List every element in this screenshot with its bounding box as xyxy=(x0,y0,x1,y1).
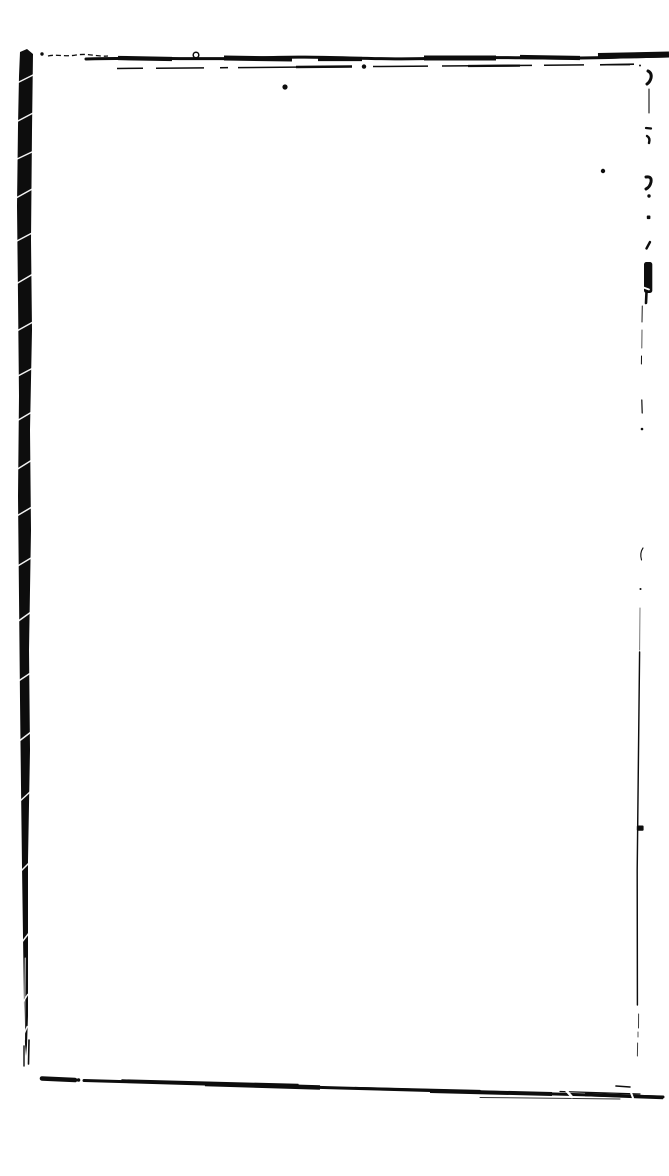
left-gutter-streak xyxy=(17,49,33,1056)
top-second-rule-thick-1 xyxy=(296,67,352,68)
right-margin-dot-2 xyxy=(641,428,644,431)
top-edge-right-thick-end xyxy=(598,55,669,57)
right-margin-square-dot xyxy=(647,216,651,220)
right-margin-rule-tick xyxy=(637,826,644,831)
top-second-broken-rule xyxy=(117,65,641,69)
bottom-edge-main-rule xyxy=(84,1081,663,1098)
bottom-edge-thick-2 xyxy=(430,1091,552,1094)
top-edge-star-speck xyxy=(40,52,43,55)
bottom-edge-lower-hairline xyxy=(480,1098,620,1100)
page-ink-speck-2 xyxy=(601,169,605,173)
right-margin-comma-4 xyxy=(647,242,651,249)
left-gutter-tip-strand-2 xyxy=(29,1040,30,1064)
top-edge-main-rule xyxy=(86,56,669,59)
top-second-rule-end-dot xyxy=(639,65,641,67)
bottom-edge-thick-3 xyxy=(585,1095,663,1098)
top-second-rule-thick-3 xyxy=(600,64,634,65)
scan-artifacts xyxy=(0,0,669,1176)
top-edge-scratch-lead-in xyxy=(48,54,108,56)
right-margin-dash-1 xyxy=(646,128,651,129)
right-margin-dot-1 xyxy=(647,194,650,197)
scanned-document-page xyxy=(0,0,669,1176)
right-margin-comma-2 xyxy=(647,136,649,143)
right-margin-comma-1 xyxy=(647,71,651,84)
bottom-edge-thick-1 xyxy=(205,1084,320,1088)
page-ink-speck-1 xyxy=(282,84,287,89)
right-margin-dot-3 xyxy=(639,588,641,590)
right-margin-comma-3 xyxy=(646,177,651,189)
bottom-edge-left-dot xyxy=(77,1078,81,1082)
top-second-rule-blob xyxy=(362,64,366,68)
bottom-edge-upper-dash xyxy=(616,1086,630,1087)
right-margin-curve-mark xyxy=(641,548,643,560)
bottom-edge-left-blob xyxy=(42,1079,75,1081)
right-margin-bar-tail xyxy=(646,292,647,303)
left-gutter-split-hairline xyxy=(25,958,26,1040)
top-edge-knot-ring xyxy=(193,52,199,58)
